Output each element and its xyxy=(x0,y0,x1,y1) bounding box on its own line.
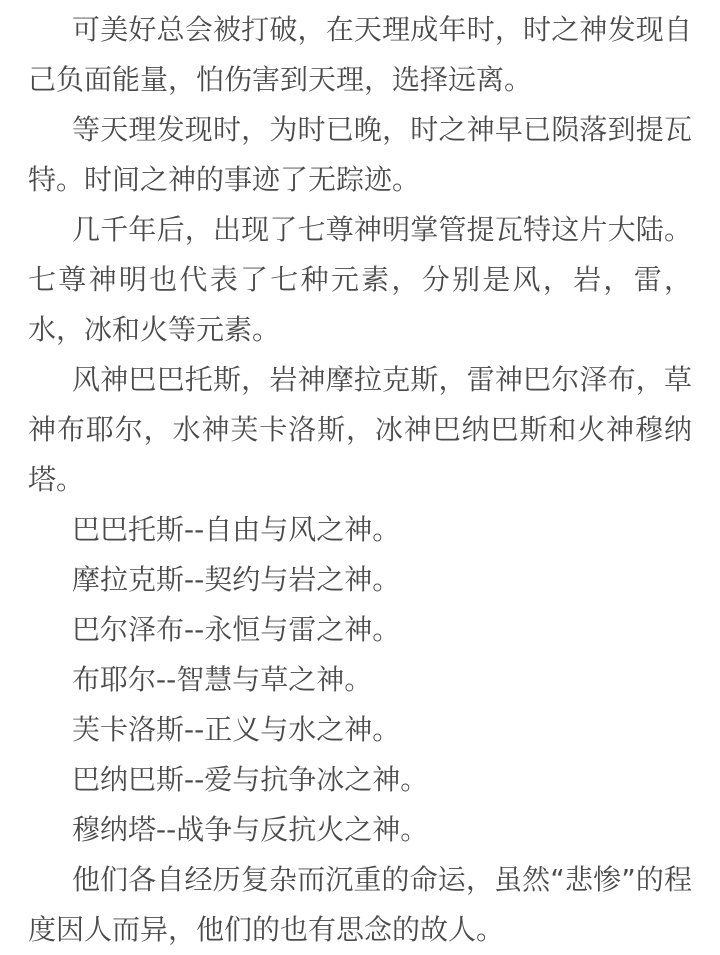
text-line: 可美好总会被打破，在天理成年时，时之神发现自 xyxy=(28,5,692,55)
paragraph: 他们各自经历复杂而沉重的命运，虽然“悲惨”的程度因人而异，他们的也有思念的故人。 xyxy=(28,855,692,955)
text-line: 几千年后，出现了七尊神明掌管提瓦特这片大陆。 xyxy=(28,205,692,255)
text-line: 等天理发现时，为时已晚，时之神早已陨落到提瓦 xyxy=(28,105,692,155)
text-line: 水，冰和火等元素。 xyxy=(28,305,692,355)
paragraph: 等天理发现时，为时已晚，时之神早已陨落到提瓦特。时间之神的事迹了无踪迹。 xyxy=(28,105,692,205)
text-line: 巴尔泽布--永恒与雷之神。 xyxy=(28,605,692,655)
paragraph: 摩拉克斯--契约与岩之神。 xyxy=(28,555,692,605)
text-line: 度因人而异，他们的也有思念的故人。 xyxy=(28,905,692,955)
text-line: 他们各自经历复杂而沉重的命运，虽然“悲惨”的程 xyxy=(28,855,692,905)
text-line: 七尊神明也代表了七种元素，分别是风，岩，雷，草， xyxy=(28,255,692,305)
text-line: 穆纳塔--战争与反抗火之神。 xyxy=(28,805,692,855)
paragraph: 巴纳巴斯--爱与抗争冰之神。 xyxy=(28,755,692,805)
text-line: 特。时间之神的事迹了无踪迹。 xyxy=(28,155,692,205)
paragraph: 布耶尔--智慧与草之神。 xyxy=(28,655,692,705)
paragraph: 穆纳塔--战争与反抗火之神。 xyxy=(28,805,692,855)
text-line: 风神巴巴托斯，岩神摩拉克斯，雷神巴尔泽布，草 xyxy=(28,355,692,405)
paragraph: 巴尔泽布--永恒与雷之神。 xyxy=(28,605,692,655)
paragraph: 芙卡洛斯--正义与水之神。 xyxy=(28,705,692,755)
paragraph: 风神巴巴托斯，岩神摩拉克斯，雷神巴尔泽布，草神布耶尔，水神芙卡洛斯，冰神巴纳巴斯… xyxy=(28,355,692,505)
text-line: 神布耶尔，水神芙卡洛斯，冰神巴纳巴斯和火神穆纳 xyxy=(28,405,692,455)
paragraph: 巴巴托斯--自由与风之神。 xyxy=(28,505,692,555)
text-line: 巴纳巴斯--爱与抗争冰之神。 xyxy=(28,755,692,805)
text-line: 巴巴托斯--自由与风之神。 xyxy=(28,505,692,555)
text-line: 布耶尔--智慧与草之神。 xyxy=(28,655,692,705)
reading-page[interactable]: 可美好总会被打破，在天理成年时，时之神发现自己负面能量，怕伤害到天理，选择远离。… xyxy=(0,0,720,955)
text-line: 芙卡洛斯--正义与水之神。 xyxy=(28,705,692,755)
text-line: 己负面能量，怕伤害到天理，选择远离。 xyxy=(28,55,692,105)
paragraph: 可美好总会被打破，在天理成年时，时之神发现自己负面能量，怕伤害到天理，选择远离。 xyxy=(28,5,692,105)
text-line: 塔。 xyxy=(28,455,692,505)
text-line: 摩拉克斯--契约与岩之神。 xyxy=(28,555,692,605)
paragraph: 几千年后，出现了七尊神明掌管提瓦特这片大陆。七尊神明也代表了七种元素，分别是风，… xyxy=(28,205,692,355)
